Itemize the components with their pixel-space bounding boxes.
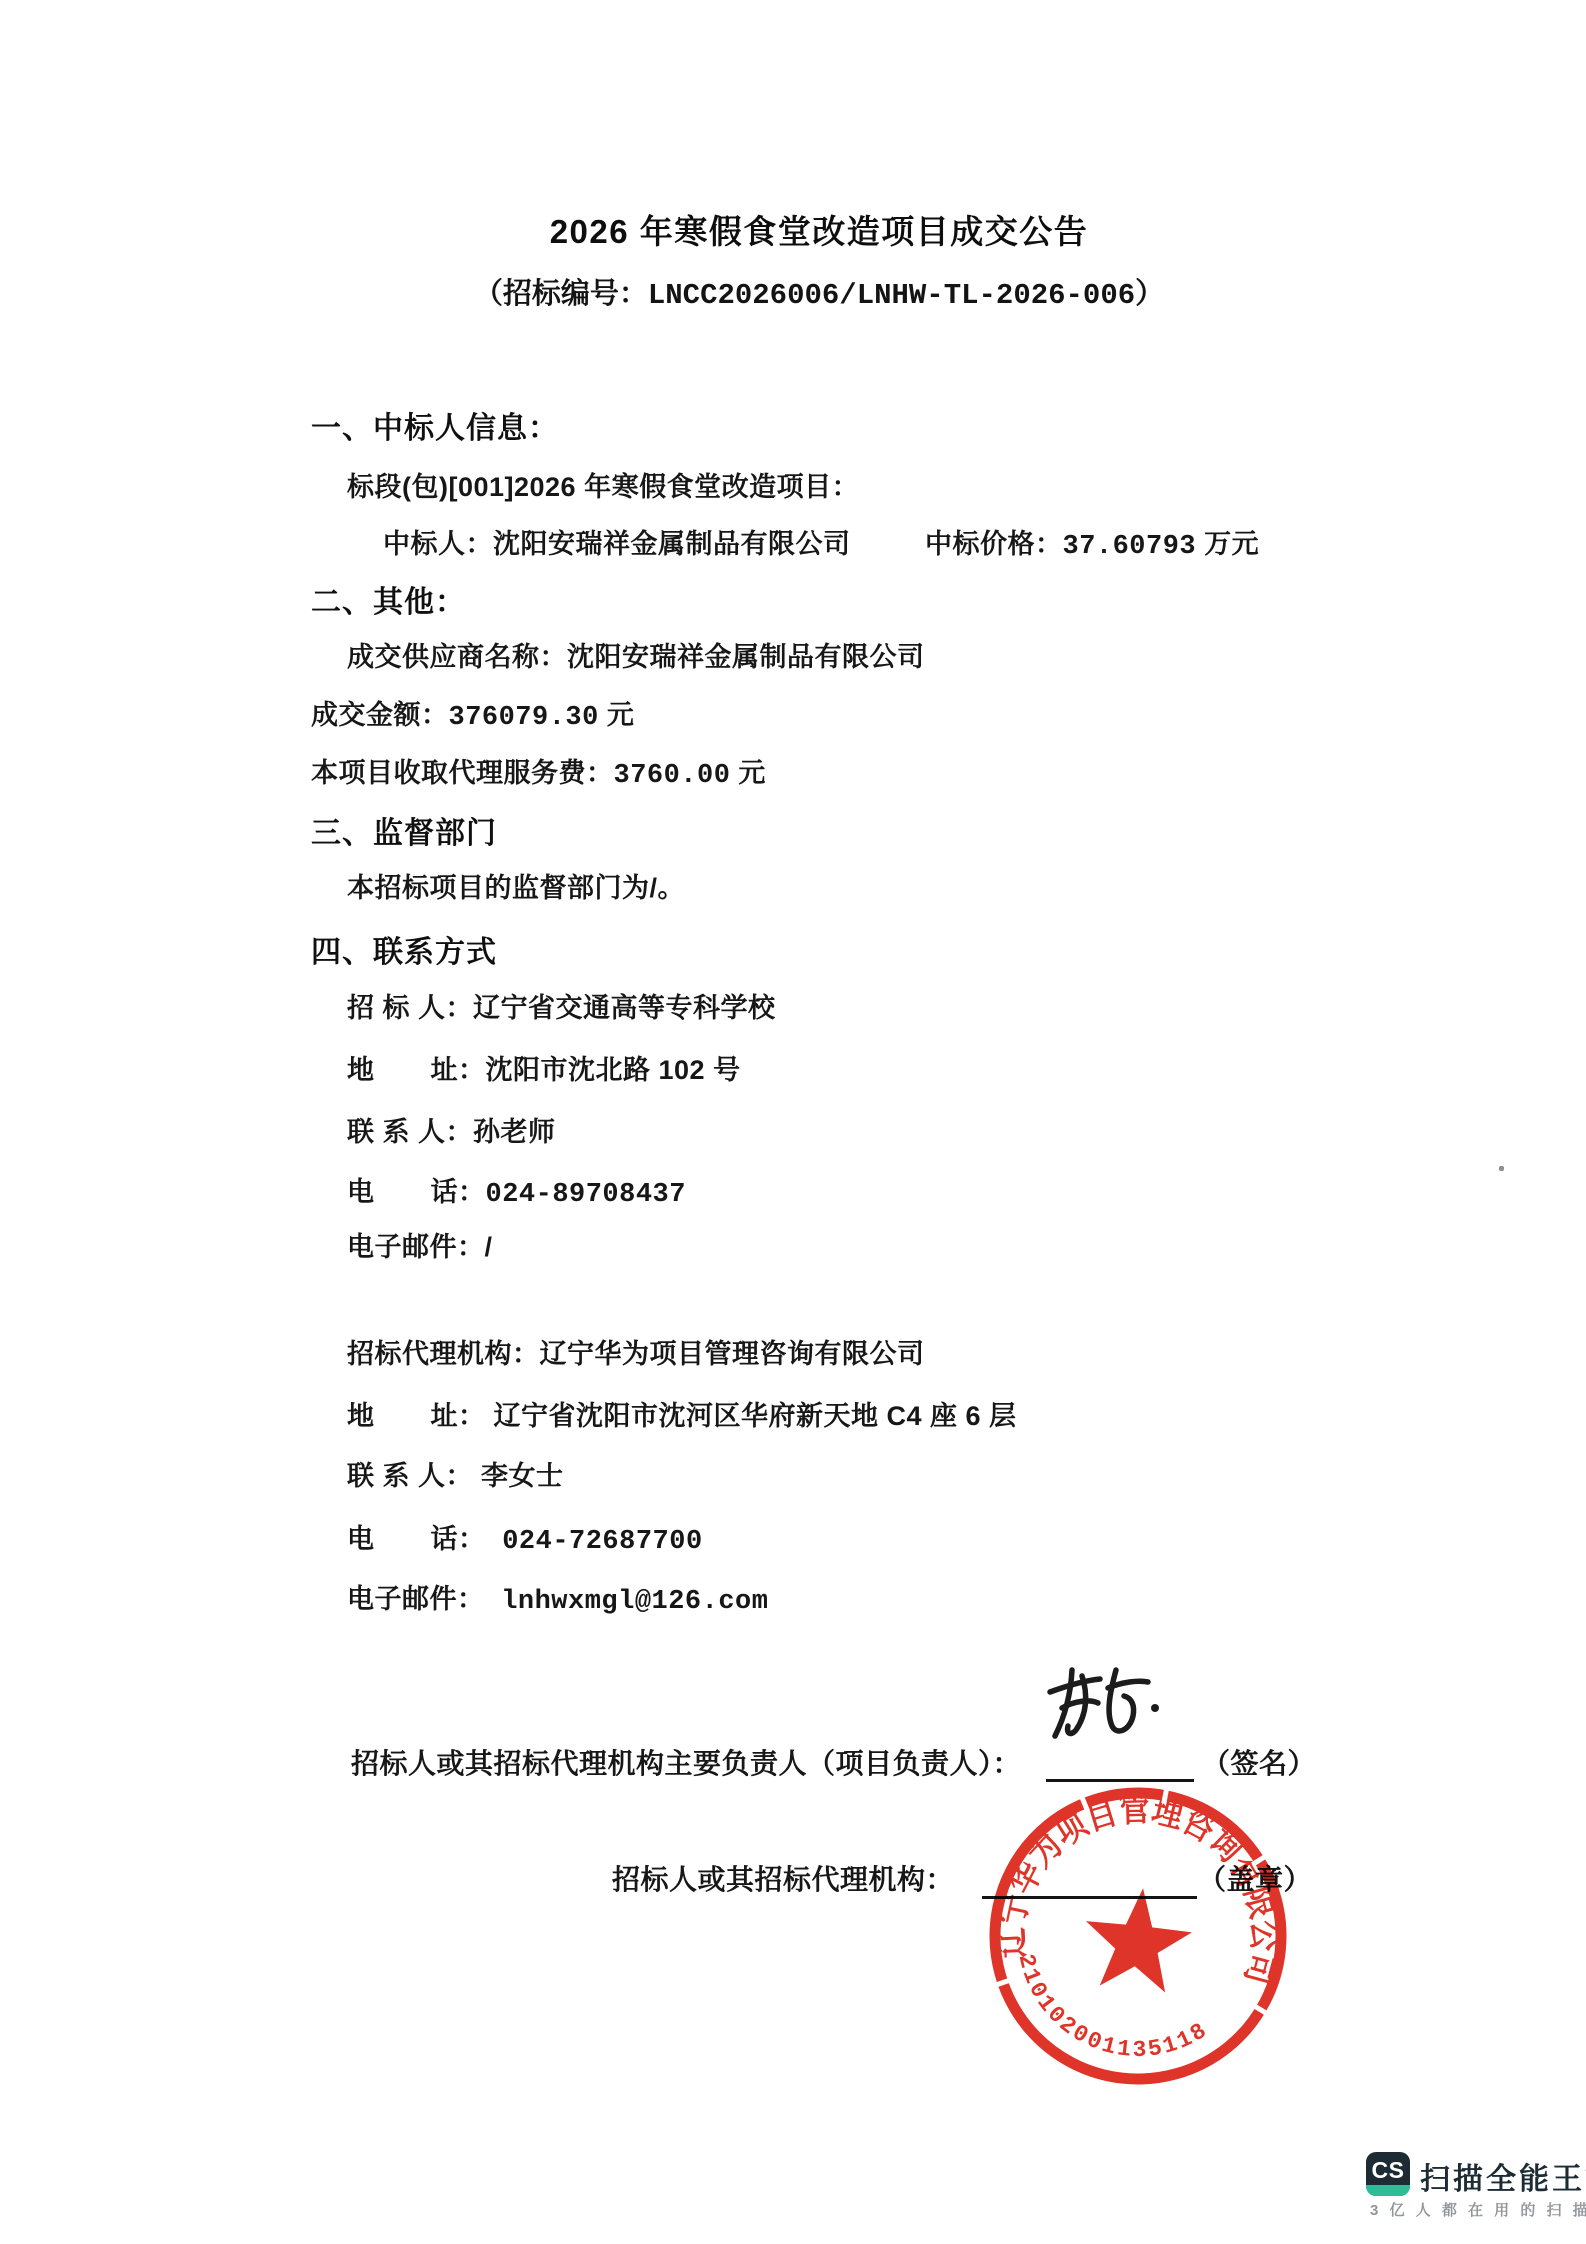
agency-email-value: lnhwxmgl@126.com xyxy=(485,1587,769,1617)
tenderer-name-value: 辽宁省交通高等专科学校 xyxy=(473,993,776,1023)
tenderer-address-row: 地 址：沈阳市沈北路 102 号 xyxy=(347,1048,741,1087)
agency-name-row: 招标代理机构：辽宁华为项目管理咨询有限公司 xyxy=(347,1332,925,1371)
agency-contact-row: 联 系 人： 李女士 xyxy=(347,1454,564,1493)
agency-contact-label: 联 系 人： xyxy=(347,1461,473,1491)
document-title: 2026 年寒假食堂改造项目成交公告 xyxy=(26,206,1586,253)
tenderer-phone-label: 电 话： xyxy=(347,1177,486,1207)
principal-signature-label: 招标人或其招标代理机构主要负责人（项目负责人）： xyxy=(351,1742,1021,1782)
amount-label: 成交金额： xyxy=(311,700,449,730)
agency-name-value: 辽宁华为项目管理咨询有限公司 xyxy=(540,1339,925,1369)
amount-unit: 元 xyxy=(599,700,635,730)
winner-value: 沈阳安瑞祥金属制品有限公司 xyxy=(493,529,851,559)
camscanner-badge-accent xyxy=(1366,2185,1410,2196)
amount-value: 376079.30 xyxy=(449,703,599,733)
signature-dot xyxy=(1151,1704,1159,1712)
agency-address-value: 辽宁省沈阳市沈河区华府新天地 C4 座 6 层 xyxy=(486,1401,1017,1431)
scanned-document-page: 2026 年寒假食堂改造项目成交公告 （招标编号：LNCC2026006/LNH… xyxy=(0,0,1586,2244)
agency-phone-row: 电 话： 024-72687700 xyxy=(347,1517,703,1557)
tenderer-name-row: 招 标 人：辽宁省交通高等专科学校 xyxy=(347,986,776,1025)
tenderer-contact-value: 孙老师 xyxy=(473,1117,556,1147)
price-label: 中标价格： xyxy=(925,529,1063,559)
section-2-heading: 二、其他： xyxy=(311,577,466,621)
winner-line: 中标人：沈阳安瑞祥金属制品有限公司 xyxy=(383,522,851,561)
agency-phone-value: 024-72687700 xyxy=(486,1527,703,1557)
camscanner-badge-icon: CS xyxy=(1366,2152,1410,2196)
tenderer-email-row: 电子邮件：/ xyxy=(347,1225,493,1264)
camscanner-app-name: 扫描全能王™ xyxy=(1420,2154,1586,2198)
agency-phone-label: 电 话： xyxy=(347,1524,486,1554)
agency-email-label: 电子邮件： xyxy=(347,1584,485,1614)
tenderer-address-value: 沈阳市沈北路 102 号 xyxy=(486,1055,741,1085)
agency-address-label: 地 址： xyxy=(347,1401,486,1431)
amount-line: 成交金额：376079.30 元 xyxy=(311,693,634,733)
price-value: 37.60793 xyxy=(1063,532,1197,562)
agency-fee-line: 本项目收取代理服务费：3760.00 元 xyxy=(311,751,766,791)
scan-artifact-dot xyxy=(1499,1166,1504,1171)
company-seal: 辽宁华为项目管理咨询有限公司 210102001135118 xyxy=(978,1776,1298,2096)
tender-number-suffix: ） xyxy=(1135,278,1164,310)
tender-number-prefix: （招标编号： xyxy=(474,278,648,310)
document-header: 2026 年寒假食堂改造项目成交公告 （招标编号：LNCC2026006/LNH… xyxy=(26,206,1586,312)
section-4-heading: 四、联系方式 xyxy=(311,927,497,971)
agency-fee-label: 本项目收取代理服务费： xyxy=(311,758,614,788)
tenderer-contact-label: 联 系 人： xyxy=(347,1117,473,1147)
supplier-value: 沈阳安瑞祥金属制品有限公司 xyxy=(567,642,925,672)
tenderer-phone-value: 024-89708437 xyxy=(486,1180,686,1210)
camscanner-badge-text: CS xyxy=(1372,2157,1405,2184)
agency-email-row: 电子邮件： lnhwxmgl@126.com xyxy=(347,1577,768,1617)
supervision-body: 本招标项目的监督部门为/。 xyxy=(347,866,685,905)
supplier-label: 成交供应商名称： xyxy=(347,642,567,672)
agency-address-row: 地 址： 辽宁省沈阳市沈河区华府新天地 C4 座 6 层 xyxy=(347,1394,1017,1433)
price-unit: 万元 xyxy=(1196,529,1259,559)
tender-number-line: （招标编号：LNCC2026006/LNHW-TL-2026-006） xyxy=(26,271,1586,312)
handwritten-signature xyxy=(1038,1656,1188,1752)
supplier-line: 成交供应商名称：沈阳安瑞祥金属制品有限公司 xyxy=(347,635,925,674)
camscanner-tagline: 3 亿 人 都 在 用 的 扫 描 App xyxy=(1370,2199,1586,2220)
tenderer-name-label: 招 标 人： xyxy=(347,993,473,1023)
price-line: 中标价格：37.60793 万元 xyxy=(925,522,1259,562)
agency-fee-value: 3760.00 xyxy=(614,761,731,791)
section-3-heading: 三、监督部门 xyxy=(311,808,497,852)
agency-name-label: 招标代理机构： xyxy=(347,1339,540,1369)
section-1-heading: 一、中标人信息： xyxy=(311,403,559,447)
tender-number-code: LNCC2026006/LNHW-TL-2026-006 xyxy=(648,279,1135,312)
tenderer-phone-row: 电 话：024-89708437 xyxy=(347,1170,686,1210)
lot-line: 标段(包)[001]2026 年寒假食堂改造项目： xyxy=(347,465,859,504)
agency-contact-value: 李女士 xyxy=(473,1461,564,1491)
seal-star-icon xyxy=(1079,1883,1196,1995)
camscanner-app-name-text: 扫描全能王 xyxy=(1420,2163,1585,2196)
agency-signature-label: 招标人或其招标代理机构： xyxy=(612,1858,954,1898)
agency-fee-unit: 元 xyxy=(730,758,766,788)
tenderer-contact-row: 联 系 人：孙老师 xyxy=(347,1110,556,1149)
winner-label: 中标人： xyxy=(383,529,493,559)
tenderer-address-label: 地 址： xyxy=(347,1055,486,1085)
tenderer-email-label: 电子邮件： xyxy=(347,1232,485,1262)
tenderer-email-value: / xyxy=(485,1232,493,1262)
